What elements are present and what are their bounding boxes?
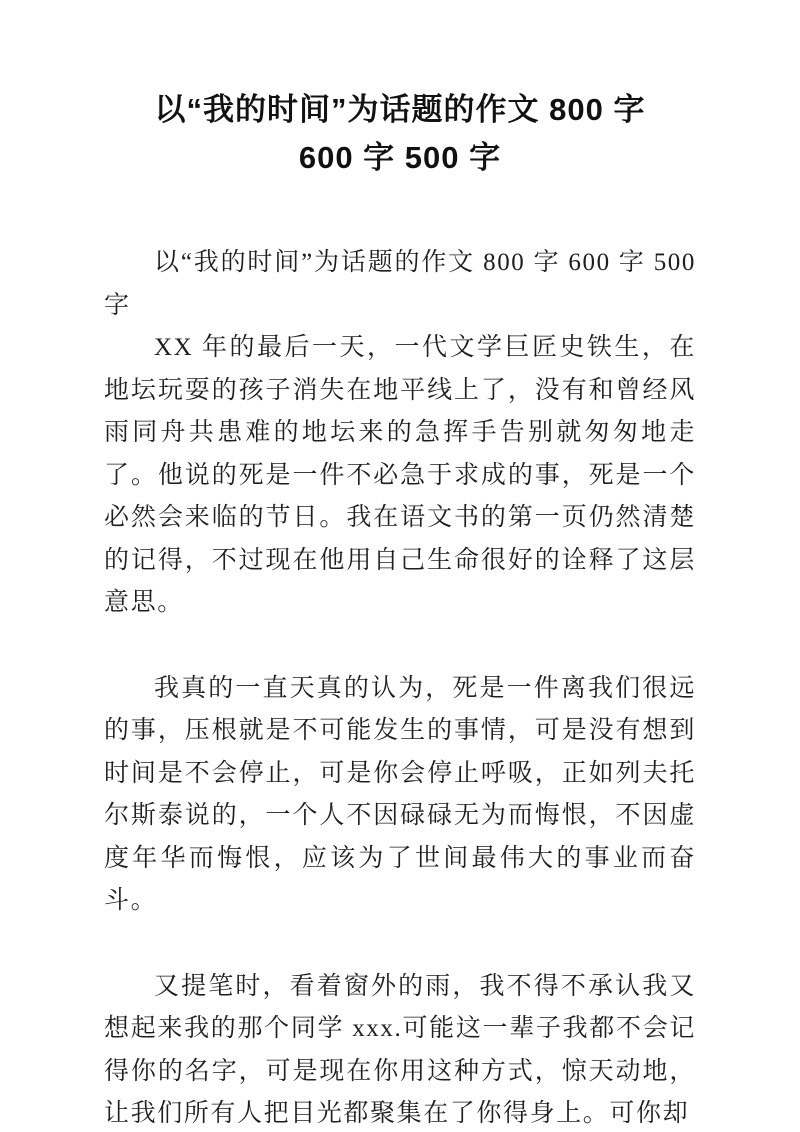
paragraph-classmate: 又提笔时，看着窗外的雨，我不得不承认我又想起来我的那个同学 xxx.可能这一辈子…	[104, 966, 696, 1132]
paragraph-shitiesheng: XX 年的最后一天，一代文学巨匠史铁生，在地坛玩耍的孩子消失在地平线上了，没有和…	[104, 327, 696, 625]
document-title: 以“我的时间”为话题的作文 800 字 600 字 500 字	[104, 86, 696, 182]
document-title-line-1: 以“我的时间”为话题的作文 800 字	[104, 86, 696, 134]
document-title-line-2: 600 字 500 字	[104, 134, 696, 182]
document-body: 以“我的时间”为话题的作文 800 字 600 字 500 字 XX 年的最后一…	[104, 242, 696, 1132]
document-page: 以“我的时间”为话题的作文 800 字 600 字 500 字 以“我的时间”为…	[0, 0, 800, 1132]
paragraph-repeat-title: 以“我的时间”为话题的作文 800 字 600 字 500 字	[104, 242, 696, 327]
paragraph-tolstoy: 我真的一直天真的认为，死是一件离我们很远的事，压根就是不可能发生的事情，可是没有…	[104, 668, 696, 923]
